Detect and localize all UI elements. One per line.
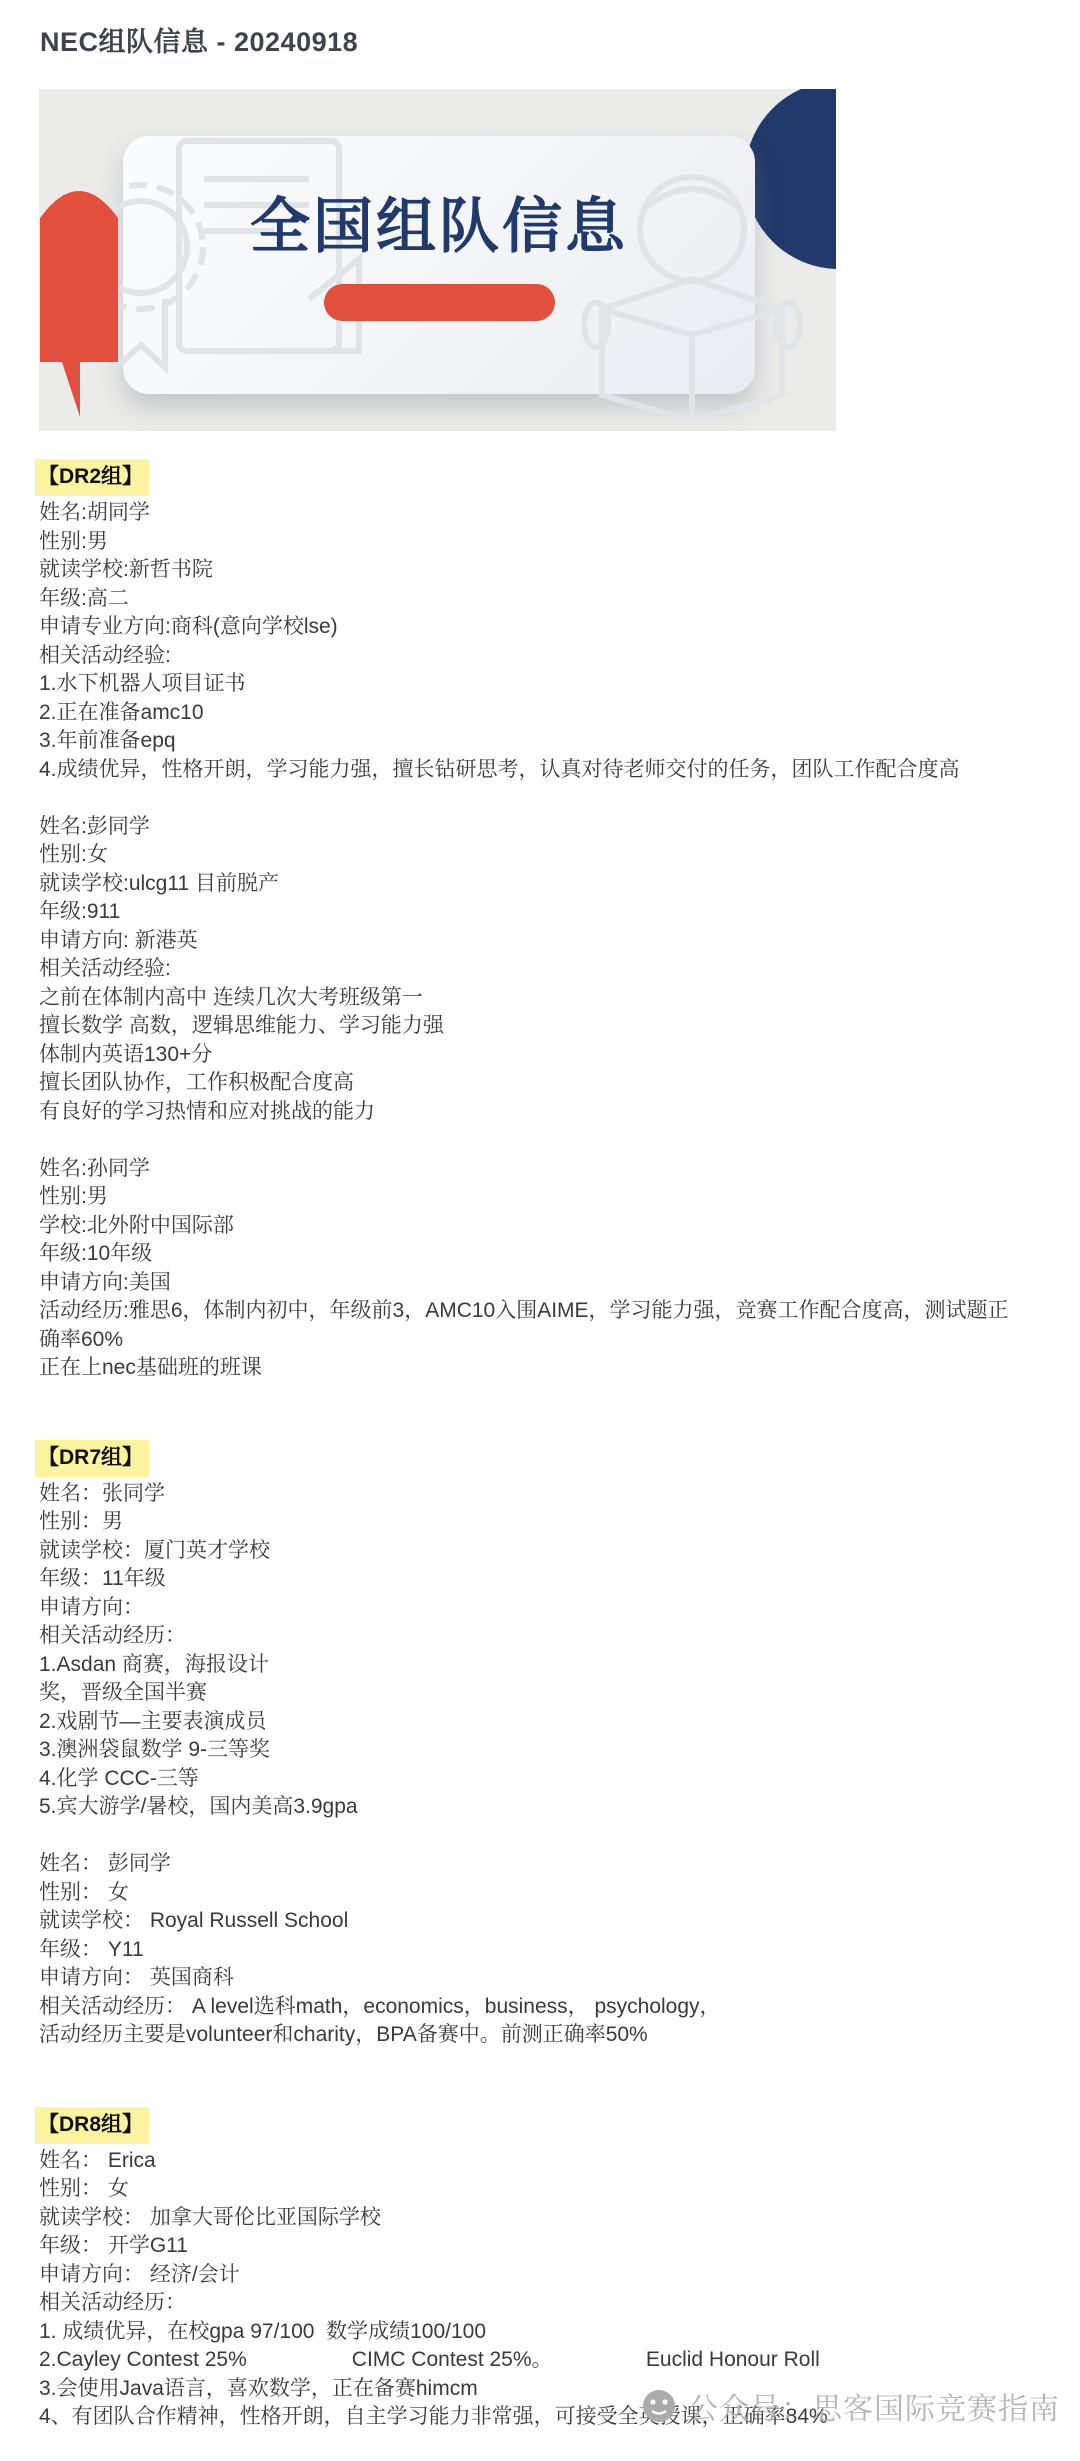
info-line: 年级:911 — [39, 898, 1059, 927]
info-line: 4.化学 CCC-三等 — [39, 1765, 1059, 1794]
info-line: 就读学校:新哲书院 — [39, 556, 1059, 585]
info-line: 姓名:彭同学 — [39, 813, 1059, 842]
info-line: 相关活动经历： — [39, 1622, 1059, 1651]
student-gap — [39, 1126, 1059, 1155]
info-line: 体制内英语130+分 — [39, 1041, 1059, 1070]
info-line: 3.年前准备epq — [39, 727, 1059, 756]
info-line: 性别： 女 — [39, 1879, 1059, 1908]
group-header: 【DR7组】 — [35, 1440, 149, 1477]
info-line: 相关活动经验: — [39, 642, 1059, 671]
group-header-row: 【DR8组】 — [35, 2107, 1059, 2144]
page-title: NEC组队信息 - 20240918 — [40, 20, 1058, 59]
info-line: 相关活动经验: — [39, 955, 1059, 984]
info-line: 擅长数学 高数，逻辑思维能力、学习能力强 — [39, 1012, 1059, 1041]
info-line: 姓名： Erica — [39, 2147, 1059, 2176]
group-header: 【DR8组】 — [35, 2107, 149, 2144]
info-line: 性别:女 — [39, 841, 1059, 870]
info-line: 就读学校： 加拿大哥伦比亚国际学校 — [39, 2204, 1059, 2233]
content: 【DR2组】姓名:胡同学性别:男就读学校:新哲书院年级:高二申请专业方向:商科(… — [39, 459, 1059, 2432]
info-line: 有良好的学习热情和应对挑战的能力 — [39, 1098, 1059, 1127]
info-line: 年级:高二 — [39, 585, 1059, 614]
info-line: 活动经历:雅思6，体制内初中，年级前3，AMC10入围AIME，学习能力强，竞赛… — [39, 1297, 1059, 1326]
info-line: 申请方向： 英国商科 — [39, 1964, 1059, 1993]
info-line: 姓名:孙同学 — [39, 1155, 1059, 1184]
red-ribbon-icon — [40, 176, 118, 419]
info-line: 3.澳洲袋鼠数学 9-三等奖 — [39, 1736, 1059, 1765]
info-line: 确率60% — [39, 1326, 1059, 1355]
info-line: 活动经历主要是volunteer和charity，BPA备赛中。前测正确率50% — [39, 2021, 1059, 2050]
info-line: 申请方向： — [39, 1594, 1059, 1623]
group-header: 【DR2组】 — [35, 459, 149, 496]
info-line: 就读学校：厦门英才学校 — [39, 1537, 1059, 1566]
banner-title: 全国组队信息 — [250, 192, 628, 262]
info-line: 奖，晋级全国半赛 — [39, 1679, 1059, 1708]
info-line: 擅长团队协作，工作积极配合度高 — [39, 1069, 1059, 1098]
info-line: 1. 成绩优异，在校gpa 97/100 数学成绩100/100 — [39, 2318, 1059, 2347]
info-line: 2.正在准备amc10 — [39, 699, 1059, 728]
info-line: 就读学校:ulcg11 目前脱产 — [39, 870, 1059, 899]
info-line: 姓名： 彭同学 — [39, 1850, 1059, 1879]
info-line: 5.宾大游学/暑校，国内美高3.9gpa — [39, 1793, 1059, 1822]
banner-red-bar — [324, 284, 555, 321]
section-gap — [39, 2050, 1059, 2107]
info-line: 年级:10年级 — [39, 1240, 1059, 1269]
info-line: 申请方向: 新港英 — [39, 927, 1059, 956]
banner-image[interactable]: 全国组队信息 — [39, 89, 836, 431]
info-line: 正在上nec基础班的班课 — [39, 1354, 1059, 1383]
info-line: 4、有团队合作精神，性格开朗，自主学习能力非常强，可接受全英授课，正确率84% — [39, 2403, 1059, 2432]
info-line: 性别：男 — [39, 1508, 1059, 1537]
info-line: 2.戏剧节—主要表演成员 — [39, 1708, 1059, 1737]
group-header-row: 【DR2组】 — [35, 459, 1059, 496]
info-line: 姓名:胡同学 — [39, 499, 1059, 528]
student-gap — [39, 784, 1059, 813]
info-line: 就读学校： Royal Russell School — [39, 1907, 1059, 1936]
info-line: 申请专业方向:商科(意向学校lse) — [39, 613, 1059, 642]
info-line: 相关活动经历： — [39, 2289, 1059, 2318]
info-line: 相关活动经历： A level选科math，economics，business… — [39, 1993, 1059, 2022]
section-gap — [39, 1383, 1059, 1440]
info-line: 1.Asdan 商赛，海报设计 — [39, 1651, 1059, 1680]
article-page: NEC组队信息 - 20240918 — [0, 0, 1080, 2432]
info-line: 年级： 开学G11 — [39, 2232, 1059, 2261]
info-line: 年级： Y11 — [39, 1936, 1059, 1965]
info-line: 学校:北外附中国际部 — [39, 1212, 1059, 1241]
info-line: 姓名：张同学 — [39, 1480, 1059, 1509]
group-header-row: 【DR7组】 — [35, 1440, 1059, 1477]
info-line: 性别:男 — [39, 1183, 1059, 1212]
info-line: 2.Cayley Contest 25% CIMC Contest 25%。 E… — [39, 2346, 1059, 2375]
info-line: 年级：11年级 — [39, 1565, 1059, 1594]
info-line: 性别:男 — [39, 528, 1059, 557]
student-gap — [39, 1822, 1059, 1851]
info-line: 申请方向： 经济/会计 — [39, 2261, 1059, 2290]
info-line: 3.会使用Java语言，喜欢数学，正在备赛himcm — [39, 2375, 1059, 2404]
info-line: 性别： 女 — [39, 2175, 1059, 2204]
info-line: 4.成绩优异，性格开朗，学习能力强，擅长钻研思考，认真对待老师交付的任务，团队工… — [39, 756, 1059, 785]
info-line: 之前在体制内高中 连续几次大考班级第一 — [39, 984, 1059, 1013]
info-line: 申请方向:美国 — [39, 1269, 1059, 1298]
info-line: 1.水下机器人项目证书 — [39, 670, 1059, 699]
